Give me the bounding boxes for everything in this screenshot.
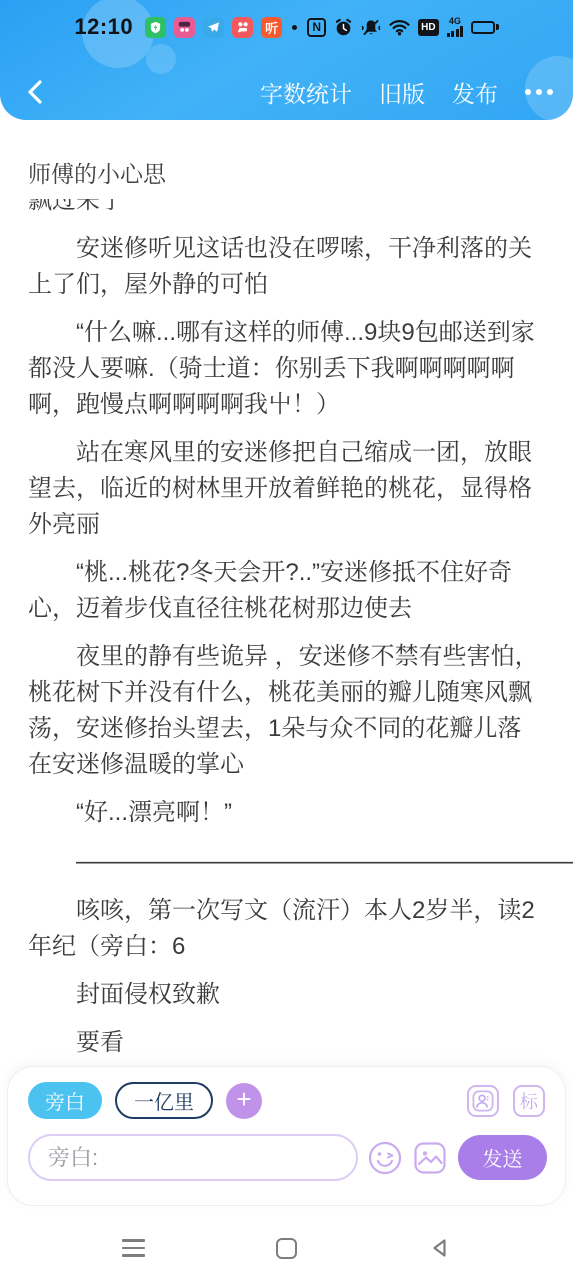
tag-icon[interactable]: 标: [513, 1085, 545, 1117]
back-button[interactable]: [22, 77, 48, 107]
old-version-button[interactable]: 旧版: [379, 76, 425, 109]
alarm-icon: [334, 18, 353, 37]
dialogue-input[interactable]: [28, 1134, 358, 1181]
home-button[interactable]: [267, 1228, 307, 1268]
mute-icon: [361, 18, 381, 37]
paragraph: “桃...桃花?冬天会开?..”安迷修抵不住好奇心，迈着步伐直径往桃花树那边使去: [28, 555, 545, 627]
hd-icon: HD: [418, 19, 438, 36]
paragraph: 站在寒风里的安迷修把自己缩成一团，放眼望去，临近的树林里开放着鲜艳的桃花，显得格…: [28, 435, 545, 543]
recent-apps-button[interactable]: [113, 1228, 153, 1268]
battery-icon: [471, 21, 499, 34]
add-role-button[interactable]: +: [226, 1083, 262, 1119]
divider-dashes: ————————————————————————————————: [28, 843, 545, 881]
paragraph: 安迷修听见这话也没在啰嗦，干净利落的关上了们，屋外静的可怕: [28, 231, 545, 303]
app-bar: 字数统计 旧版 发布: [0, 70, 573, 114]
paragraph: 夜里的静有些诡异 ，安迷修不禁有些害怕，桃花树下并没有什么，桃花美丽的瓣儿随寒风…: [28, 639, 545, 783]
paragraph: “什么嘛...哪有这样的师傅...9块9包邮送到家都没人要嘛.（骑士道：你别丢下…: [28, 315, 545, 423]
emoji-icon[interactable]: [367, 1140, 403, 1176]
signal-4g-icon: 4G: [447, 17, 464, 37]
role-chip-yiyili[interactable]: 一亿里: [115, 1082, 213, 1119]
notification-dot-icon: [292, 25, 297, 30]
paragraph: “好...漂亮啊！”: [28, 795, 545, 831]
telegram-app-icon: [203, 17, 224, 38]
send-button[interactable]: 发送: [458, 1135, 547, 1180]
top-bar: 12:10 听 N H: [0, 0, 573, 120]
pink-app-icon: [174, 17, 195, 38]
status-bar: 12:10 听 N H: [0, 10, 573, 44]
more-menu-icon[interactable]: [525, 89, 553, 95]
clipped-text-line: 飘过来了: [28, 199, 545, 219]
android-nav-bar: [0, 1216, 573, 1280]
clock-time: 12:10: [74, 14, 133, 40]
chapter-title-field[interactable]: 师傅的小心思: [28, 156, 545, 189]
image-icon[interactable]: [412, 1140, 448, 1176]
security-app-icon: [145, 17, 166, 38]
word-count-button[interactable]: 字数统计: [260, 76, 352, 109]
wifi-icon: [389, 19, 410, 36]
paragraph: 要看: [28, 1025, 545, 1061]
chapter-body-text[interactable]: 安迷修听见这话也没在啰嗦，干净利落的关上了们，屋外静的可怕 “什么嘛...哪有这…: [28, 231, 545, 1061]
role-chip-narrator[interactable]: 旁白: [28, 1082, 102, 1119]
paragraph: 咳咳，第一次写文（流汗）本人2岁半，读2年纪（旁白：6: [28, 893, 545, 965]
red-app-icon: [232, 17, 253, 38]
back-nav-button[interactable]: [420, 1228, 460, 1268]
nfc-icon: N: [307, 18, 326, 37]
listen-app-icon: 听: [261, 17, 282, 38]
character-icon[interactable]: [467, 1085, 499, 1117]
app-screen: 12:10 听 N H: [0, 0, 573, 1280]
publish-button[interactable]: 发布: [452, 76, 498, 109]
composer-panel: 旁白 一亿里 + 标 发送: [7, 1066, 566, 1206]
paragraph: 封面侵权致歉: [28, 977, 545, 1013]
